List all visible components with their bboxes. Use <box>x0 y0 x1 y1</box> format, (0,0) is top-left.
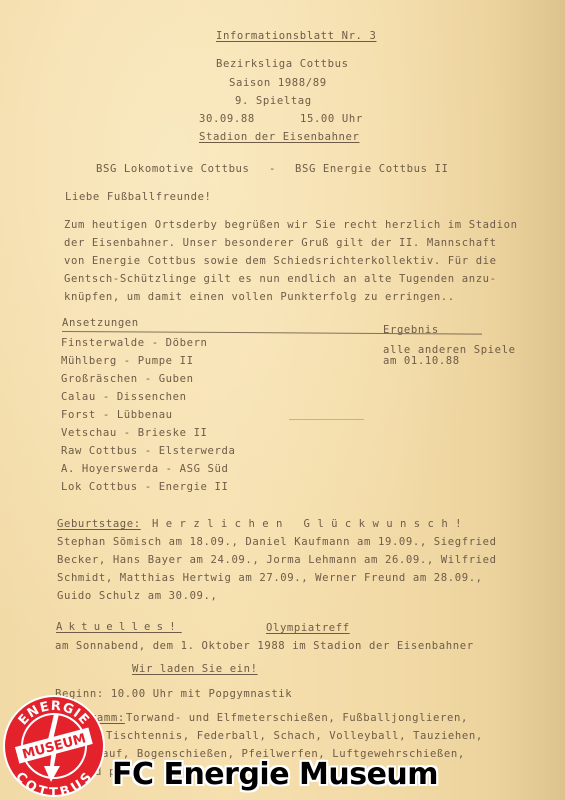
greeting: Liebe Fußballfreunde! <box>65 192 212 203</box>
match-item: Lok Cottbus - Energie II <box>61 482 228 493</box>
match-item: A. Hoyerswerda - ASG Süd <box>61 464 228 475</box>
match-time: 15.00 Uhr <box>300 114 363 125</box>
watermark-title: FC Energie Museum <box>112 757 438 792</box>
blank-result-rule <box>289 419 364 420</box>
paper-stain <box>495 0 565 800</box>
intro-line: Zum heutigen Ortsderby begrüßen wir Sie … <box>64 220 518 231</box>
season: Saison 1988/89 <box>229 78 327 89</box>
result-note: am 01.10.88 <box>383 356 460 367</box>
match-item: Finsterwalde - Döbern <box>61 338 208 349</box>
result-note: alle anderen Spiele <box>383 345 516 356</box>
energie-museum-logo: MUSEUM ENERGIE COTTBUS <box>2 694 106 798</box>
document-page: Informationsblatt Nr. 3 Bezirksliga Cott… <box>0 0 565 800</box>
program-line: Tischtennis, Federball, Schach, Volleyba… <box>106 731 483 742</box>
event-title: Olympiatreff <box>266 623 350 634</box>
result-header: Ergebnis <box>383 325 439 336</box>
news-label: Aktuelles! <box>56 622 182 633</box>
event-line: am Sonnabend, dem 1. Oktober 1988 im Sta… <box>55 641 474 652</box>
matchday: 9. Spieltag <box>235 96 312 107</box>
match-date: 30.09.88 <box>199 114 255 125</box>
league-name: Bezirksliga Cottbus <box>216 59 349 70</box>
venue: Stadion der Eisenbahner <box>199 132 360 143</box>
birthday-line: Guido Schulz am 30.09., <box>57 591 218 602</box>
birthday-line: Stephan Sömisch am 18.09., Daniel Kaufma… <box>57 537 497 548</box>
birthday-line: Schmidt, Matthias Hertwig am 27.09., Wer… <box>57 573 483 584</box>
match-item: Großräschen - Guben <box>61 374 194 385</box>
match-item: Raw Cottbus - Elsterwerda <box>61 446 235 457</box>
program-line: Torwand- und Elfmeterschießen, Fußballjo… <box>126 713 468 724</box>
intro-line: von Energie Cottbus sowie dem Schiedsric… <box>64 256 497 267</box>
fixture-separator: - <box>269 164 276 175</box>
document-title: Informationsblatt Nr. 3 <box>216 31 377 42</box>
birthdays-label: Geburtstage: <box>57 519 141 530</box>
intro-line: knüpfen, um damit einen vollen Punkterfo… <box>64 292 455 303</box>
match-item: Calau - Dissenchen <box>61 392 187 403</box>
birthdays-headline: Herzlichen Glückwunsch! <box>152 519 469 530</box>
birthday-line: Becker, Hans Bayer am 24.09., Jorma Lehm… <box>57 555 497 566</box>
home-team: BSG Lokomotive Cottbus <box>96 164 250 175</box>
match-item: Mühlberg - Pumpe II <box>61 356 194 367</box>
away-team: BSG Energie Cottbus II <box>295 164 449 175</box>
match-item: Vetschau - Brieske II <box>61 428 208 439</box>
intro-line: der Eisenbahner. Unser besonderer Gruß g… <box>64 238 497 249</box>
intro-line: Gentsch-Schützlinge gilt es nun endlich … <box>64 274 497 285</box>
fixtures-header: Ansetzungen <box>62 318 139 329</box>
match-item: Forst - Lübbenau <box>61 410 173 421</box>
invite-line: Wir laden Sie ein! <box>132 664 258 675</box>
